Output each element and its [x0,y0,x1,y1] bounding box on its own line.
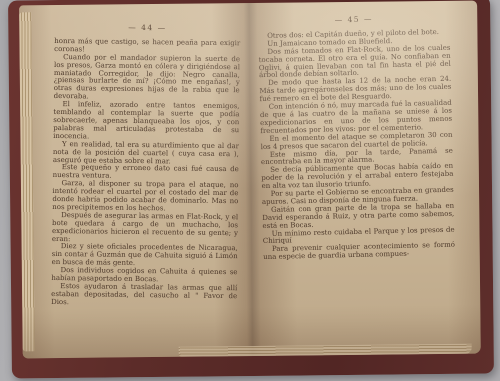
page-edges-left [19,12,35,351]
paragraph: El infeliz, azorado entre tantos enemigo… [53,101,239,143]
right-page-number: — 45 — [258,14,450,26]
paragraph: Cuando por el mandador supieron la suert… [54,54,241,104]
paragraph: Para prevenir cualquier acontecimiento s… [263,242,455,262]
open-book: — 44 — honra más que castigo, se hacen p… [8,0,494,379]
paragraph: Garza, al disponer su tropa para el ataq… [52,180,238,214]
photo-background: — 44 — honra más que castigo, se hacen p… [0,0,500,381]
left-page: — 44 — honra más que castigo, se hacen p… [51,23,240,309]
book-pages: — 44 — honra más que castigo, se hacen p… [19,1,481,359]
left-page-number: — 44 — [54,23,240,33]
paragraph: Estos ayudaron á trasladar las armas que… [51,283,237,309]
right-page: — 45 — Otros dos: el Capitán dueño, y el… [258,14,455,262]
paragraph: Después de asegurar las armas en Flat-Ro… [52,212,238,246]
